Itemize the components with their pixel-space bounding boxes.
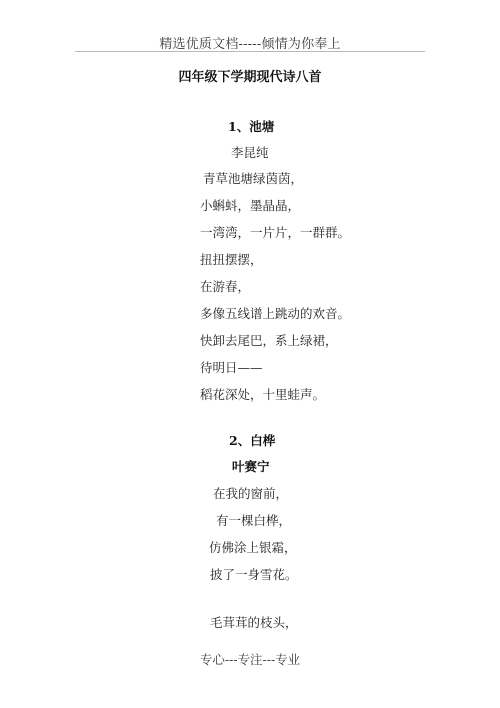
page-header: 精选优质文档-----倾情为你奉上: [0, 33, 500, 52]
poem-2-line: 仿佛涂上银霜，: [209, 540, 297, 556]
poem-1-heading: 1、池塘: [228, 119, 274, 135]
poem-2-line: 在我的窗前，: [213, 486, 288, 502]
poem-1-line: 快卸去尾巴，系上绿裙，: [200, 333, 338, 349]
poem-1-line: 待明日——: [200, 360, 263, 376]
poem-2-author: 叶赛宁: [232, 459, 270, 475]
poem-1-line: 小蝌蚪，墨晶晶，: [200, 198, 300, 214]
poem-2-line: 披了一身雪花。: [210, 567, 298, 583]
page-footer: 专心---专注---专业: [0, 650, 500, 668]
header-divider: [75, 51, 425, 52]
poem-1-line: 在游春，: [200, 279, 250, 295]
poem-2-line: 有一棵白桦，: [216, 513, 291, 529]
poem-2-line: 毛茸茸的枝头，: [210, 615, 298, 631]
poem-1-line: 多像五线谱上跳动的欢音。: [200, 306, 350, 322]
poem-1-line: 一湾湾，一片片，一群群。: [200, 225, 350, 241]
poem-1-author: 李昆纯: [231, 145, 269, 161]
poem-1-line: 稻花深处，十里蛙声。: [200, 387, 325, 403]
poem-1-line: 青草池塘绿茵茵，: [203, 171, 303, 187]
document-title: 四年级下学期现代诗八首: [0, 66, 500, 85]
poem-2-heading: 2、白桦: [229, 433, 275, 449]
poem-1-line: 扭扭摆摆，: [200, 252, 263, 268]
